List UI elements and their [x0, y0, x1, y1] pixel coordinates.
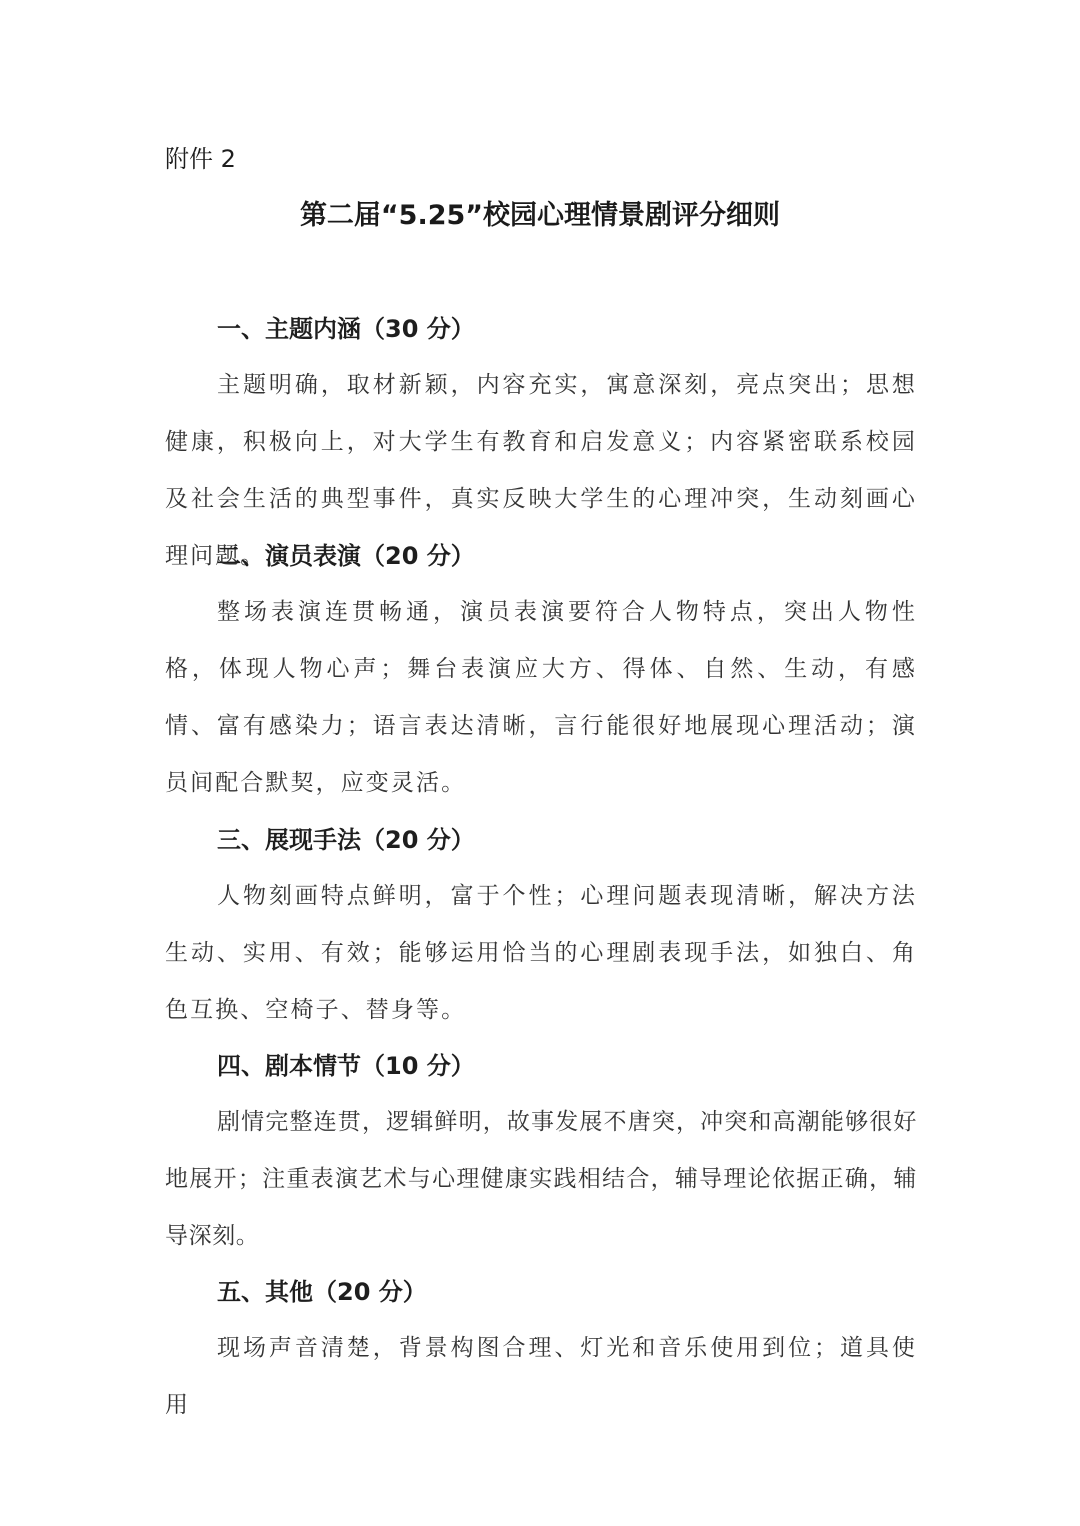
- section-script: 四、剧本情节（10 分） 剧情完整连贯，逻辑鲜明，故事发展不唐突，冲突和高潮能够…: [165, 1051, 917, 1265]
- document-title: 第二届“5.25”校园心理情景剧评分细则: [0, 198, 1080, 234]
- section-other: 五、其他（20 分） 现场声音清楚，背景构图合理、灯光和音乐使用到位；道具使用: [165, 1277, 917, 1434]
- section-technique: 三、展现手法（20 分） 人物刻画特点鲜明，富于个性；心理问题表现清晰，解决方法…: [165, 825, 917, 1039]
- section-acting: 二、演员表演（20 分） 整场表演连贯畅通，演员表演要符合人物特点，突出人物性格…: [165, 541, 917, 812]
- document-page: 附件 2 第二届“5.25”校园心理情景剧评分细则 一、主题内涵（30 分） 主…: [0, 0, 1080, 1526]
- attachment-label: 附件 2: [165, 144, 236, 174]
- section-body: 整场表演连贯畅通，演员表演要符合人物特点，突出人物性格，体现人物心声；舞台表演应…: [165, 584, 917, 812]
- section-body: 剧情完整连贯，逻辑鲜明，故事发展不唐突，冲突和高潮能够很好地展开；注重表演艺术与…: [165, 1094, 917, 1265]
- section-body: 现场声音清楚，背景构图合理、灯光和音乐使用到位；道具使用: [165, 1320, 917, 1434]
- section-body: 人物刻画特点鲜明，富于个性；心理问题表现清晰，解决方法生动、实用、有效；能够运用…: [165, 868, 917, 1039]
